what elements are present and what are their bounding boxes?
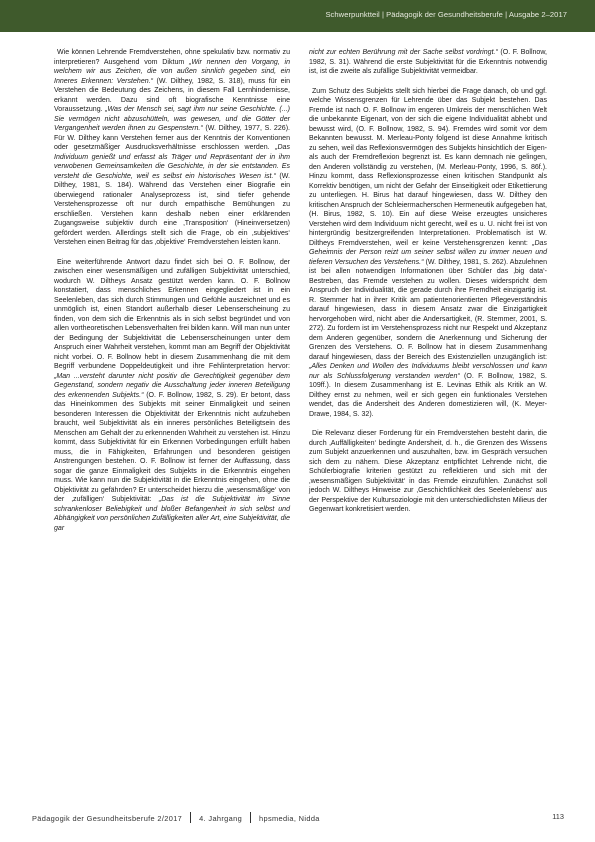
paragraph-text: (W. Dilthey, 1981, S. 184). Während das …: [54, 173, 290, 247]
left-column: Wie können Lehrende Fremdverstehen, ohne…: [54, 48, 290, 543]
footer-volume: 4. Jahrgang: [199, 814, 242, 823]
footer: Pädagogik der Gesundheitsberufe 2/20174.…: [32, 812, 564, 823]
footer-divider: [190, 812, 191, 823]
footer-publisher: hpsmedia, Nidda: [259, 814, 320, 823]
paragraph-text: (W. Dilthey, 1981, S. 262). Abzulehnen i…: [309, 259, 547, 361]
footer-divider: [250, 812, 251, 823]
paragraph-text: Die Relevanz dieser Forderung für ein Fr…: [309, 430, 547, 513]
quotation: nicht zur echten Berührung mit der Sache…: [309, 49, 498, 56]
footer-journal: Pädagogik der Gesundheitsberufe 2/2017: [32, 814, 182, 823]
header-bar: Schwerpunktteil | Pädagogik der Gesundhe…: [0, 0, 595, 32]
paragraph-text: Zum Schutz des Subjekts stellt sich hier…: [309, 88, 547, 247]
body-paragraph: Wie können Lehrende Fremdverstehen, ohne…: [54, 48, 290, 248]
body-paragraph: nicht zur echten Berührung mit der Sache…: [309, 48, 547, 77]
paragraph-text: Eine weiterführende Antwort dazu findet …: [54, 259, 290, 371]
paragraph-text: (O. F. Bollnow, 1982, S. 29). Er betont,…: [54, 392, 290, 504]
body-paragraph: Eine weiterführende Antwort dazu findet …: [54, 258, 290, 534]
running-title: Schwerpunktteil | Pädagogik der Gesundhe…: [325, 10, 567, 19]
right-column: nicht zur echten Berührung mit der Sache…: [309, 48, 547, 525]
body-paragraph: Zum Schutz des Subjekts stellt sich hier…: [309, 87, 547, 420]
body-paragraph: Die Relevanz dieser Forderung für ein Fr…: [309, 429, 547, 515]
page-number: 113: [552, 812, 564, 821]
